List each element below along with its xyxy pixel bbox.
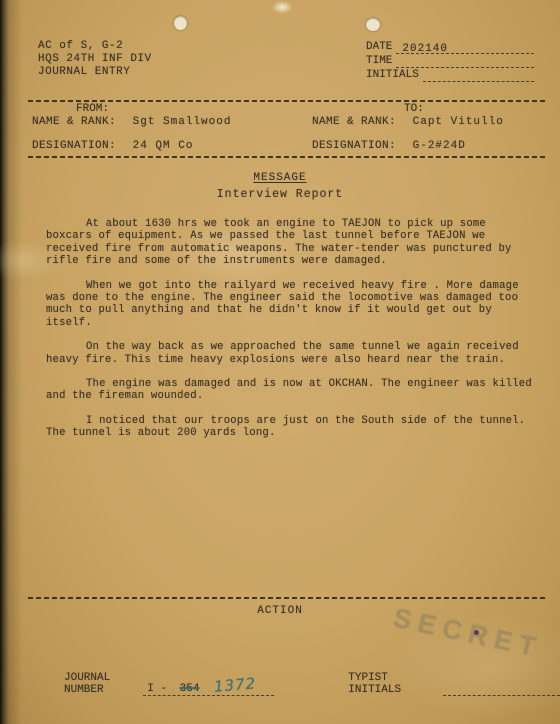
initials-value: [423, 70, 534, 82]
message-heading: MESSAGE: [253, 172, 306, 184]
action-section: ACTION: [0, 597, 560, 617]
date-row: DATE 202140: [366, 40, 534, 54]
punch-hole-left: [174, 16, 187, 30]
to-title: TO:: [312, 103, 560, 115]
divider-top: [28, 100, 546, 102]
from-name-row: NAME & RANK: Sgt Smallwood: [32, 116, 280, 128]
time-value: [396, 56, 534, 68]
ink-dot: [474, 630, 479, 635]
typist-initials-value: [443, 684, 560, 696]
divider-middle: [28, 156, 546, 158]
to-name-label: NAME & RANK:: [312, 116, 396, 128]
to-block: TO: NAME & RANK: Capt Vitullo DESIGNATIO…: [280, 103, 560, 152]
to-designation-row: DESIGNATION: G-2#24D: [312, 140, 560, 152]
unit-heading-line3: JOURNAL ENTRY: [38, 66, 152, 79]
unit-heading-line1: AC of S, G-2: [38, 40, 152, 53]
paragraph-2: When we got into the railyard we receive…: [46, 280, 532, 330]
journal-number-struck: 354: [180, 683, 200, 695]
typist-initials-label: TYPIST INITIALS: [348, 672, 439, 696]
from-to-section: FROM: NAME & RANK: Sgt Smallwood DESIGNA…: [0, 103, 560, 152]
message-heading-block: MESSAGE Interview Report: [0, 167, 560, 201]
time-label: TIME: [366, 54, 392, 68]
scanned-document-page: AC of S, G-2 HQS 24TH INF DIV JOURNAL EN…: [0, 0, 560, 724]
to-designation-label: DESIGNATION:: [312, 140, 396, 152]
paragraph-1: At about 1630 hrs we took an engine to T…: [46, 218, 532, 268]
paragraph-4: The engine was damaged and is now at OKC…: [46, 378, 532, 403]
message-subheading: Interview Report: [0, 188, 560, 201]
document-header: AC of S, G-2 HQS 24TH INF DIV JOURNAL EN…: [0, 40, 560, 82]
unit-heading-line2: HQS 24TH INF DIV: [38, 53, 152, 66]
date-time-initials-block: DATE 202140 TIME INITIALS: [366, 40, 534, 82]
divider-bottom: [28, 597, 546, 599]
to-designation-value: G-2#24D: [413, 140, 466, 152]
paragraph-5: I noticed that our troops are just on th…: [46, 415, 532, 440]
paragraph-3: On the way back as we approached the sam…: [46, 341, 532, 366]
journal-number-label: JOURNAL NUMBER: [64, 672, 137, 696]
from-name-value: Sgt Smallwood: [133, 116, 232, 128]
initials-label: INITIALS: [366, 68, 419, 82]
initials-row: INITIALS: [366, 68, 534, 82]
from-title: FROM:: [32, 103, 280, 115]
from-designation-label: DESIGNATION:: [32, 140, 116, 152]
to-name-row: NAME & RANK: Capt Vitullo: [312, 116, 560, 128]
footer-row: JOURNAL NUMBER I - 354 1372 TYPIST INITI…: [0, 672, 560, 696]
date-label: DATE: [366, 40, 392, 54]
from-block: FROM: NAME & RANK: Sgt Smallwood DESIGNA…: [0, 103, 280, 152]
journal-number-handwritten: 1372: [213, 674, 257, 696]
from-designation-value: 24 QM Co: [133, 140, 194, 152]
punch-hole-right: [366, 18, 380, 31]
typist-initials-block: TYPIST INITIALS: [348, 672, 560, 696]
action-label: ACTION: [0, 605, 560, 617]
from-name-label: NAME & RANK:: [32, 116, 116, 128]
journal-number-prefix: I -: [147, 683, 167, 695]
from-designation-row: DESIGNATION: 24 QM Co: [32, 140, 280, 152]
time-row: TIME: [366, 54, 534, 68]
journal-number-block: JOURNAL NUMBER I - 354 1372: [64, 672, 274, 696]
journal-number-value: I - 354 1372: [143, 677, 274, 696]
date-value: 202140: [396, 42, 534, 54]
unit-heading: AC of S, G-2 HQS 24TH INF DIV JOURNAL EN…: [38, 40, 152, 82]
to-name-value: Capt Vitullo: [413, 116, 504, 128]
message-body: At about 1630 hrs we took an engine to T…: [46, 218, 532, 452]
